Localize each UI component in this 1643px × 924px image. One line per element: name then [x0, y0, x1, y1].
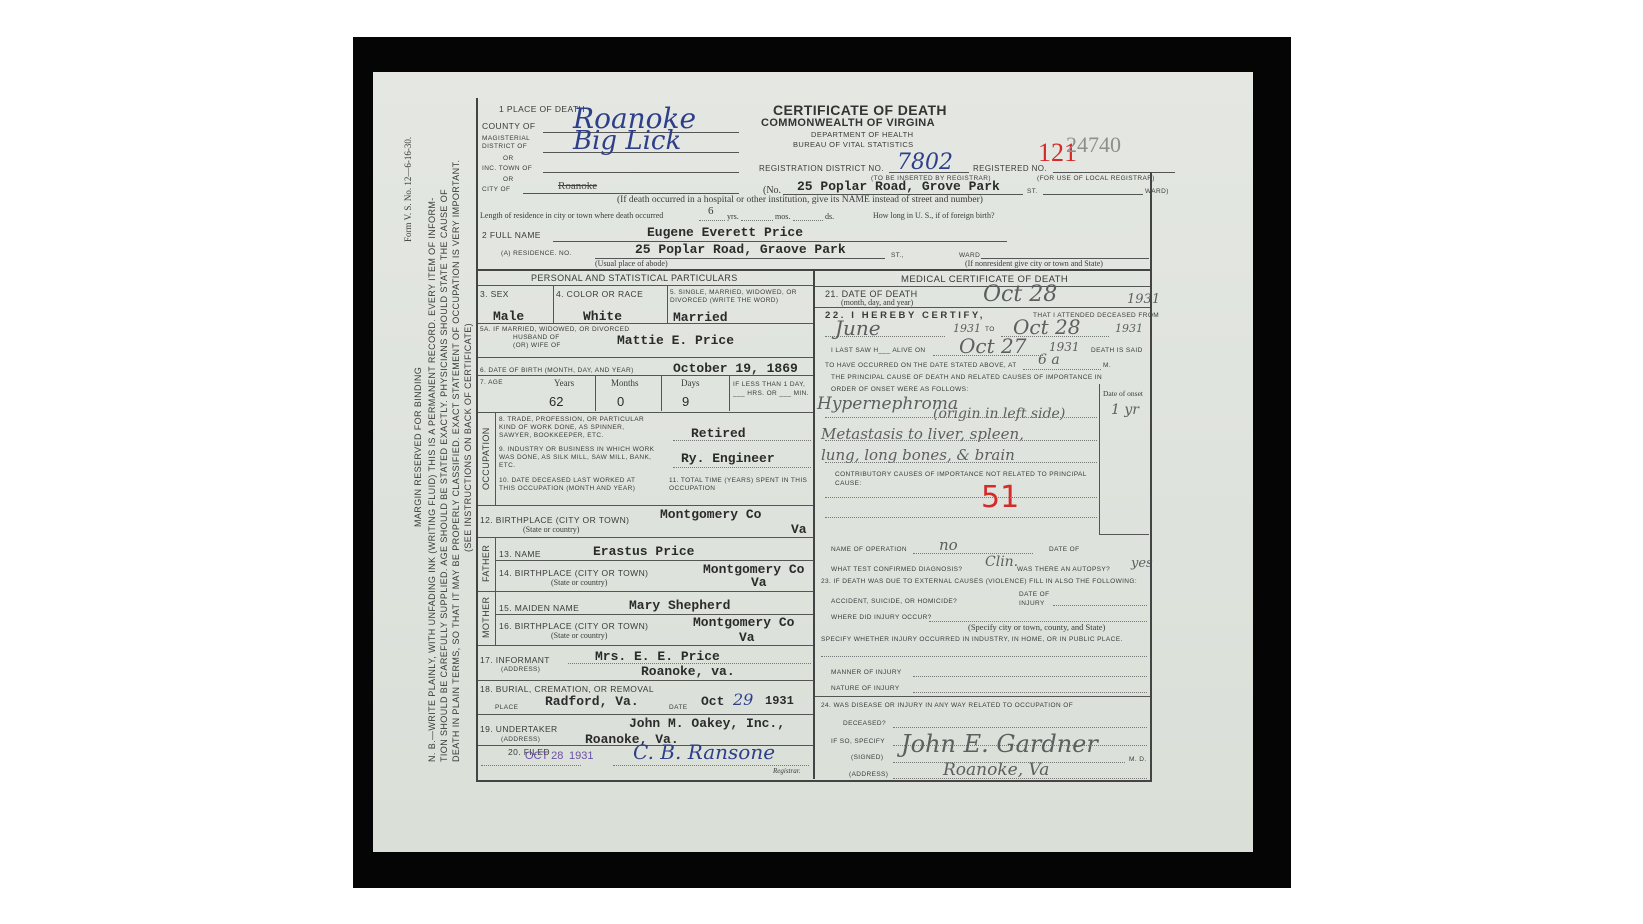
age-years-value: 62: [549, 394, 563, 409]
last-worked-label: 10. Date deceased last worked at this oc…: [499, 477, 649, 493]
burial-year-value: 1931: [765, 694, 794, 708]
burial-month-value: Oct: [701, 694, 724, 709]
attended-to-year: 1931: [1115, 322, 1143, 335]
days-label: Days: [681, 378, 700, 388]
operation-value: no: [939, 536, 958, 554]
undertaker-label: 19. Undertaker: [480, 724, 558, 734]
external-causes-label: 23. If death was due to external causes …: [821, 577, 1151, 586]
sex-value: Male: [493, 309, 524, 324]
state-country-label: (State or country): [523, 525, 579, 534]
death-street-value: 25 Poplar Road, Grove Park: [797, 179, 1000, 194]
department-label: Department of Health: [811, 130, 913, 139]
ds-label: ds.: [825, 212, 834, 221]
wife-of-label: (or) Wife of: [513, 342, 561, 349]
date-of-onset-header: Date of onset: [1103, 389, 1147, 398]
specify-place-label: Specify whether injury occurred in indus…: [821, 635, 1151, 645]
spouse-label: 5a. If married, widowed, or divorced: [480, 326, 629, 333]
usual-abode-note: (Usual place of abode): [595, 259, 668, 268]
district-label: District of: [482, 143, 527, 150]
margin-reserved-note: Margin reserved for binding: [413, 367, 423, 527]
time-suffix: M.: [1103, 362, 1111, 369]
burial-day-value: 29: [733, 690, 753, 709]
filed-stamp-date: OCT 28: [525, 750, 563, 762]
mother-name-label: 15. Maiden Name: [499, 603, 579, 613]
industry-label: 9. Industry or business in which work wa…: [499, 446, 659, 470]
mother-birthplace-value: Montgomery Co: [693, 615, 794, 630]
mother-birthplace-state: Va: [739, 630, 755, 645]
date-of-death-year: 1931: [1127, 292, 1160, 307]
certificate-title: Certificate of Death: [773, 102, 947, 118]
dob-value: October 19, 1869: [673, 361, 798, 376]
injury-date-label: Date of injury: [1019, 590, 1057, 608]
contributory-causes-label: Contributory causes of importance not re…: [835, 470, 1095, 488]
autopsy-label: Was there an autopsy?: [1017, 566, 1110, 573]
bureau-label: Bureau of Vital Statistics: [793, 140, 914, 149]
onset-value: 1 yr: [1111, 402, 1139, 418]
informant-value: Mrs. E. E. Price: [595, 649, 720, 664]
date-of-death-value: Oct 28: [983, 282, 1057, 307]
last-saw-label: I last saw h___ alive on: [831, 347, 926, 354]
cause-line-2: (origin in left side): [933, 406, 1065, 422]
where-label: Where did injury occur?: [831, 614, 932, 621]
father-birthplace-state: Va: [751, 575, 767, 590]
cause-label: The principal cause of death and related…: [831, 374, 1102, 381]
occupation-related-label: 24. Was disease or injury in any way rel…: [821, 702, 1073, 709]
instruction-line-3: death in plain terms, so that it may be …: [451, 160, 461, 762]
undertaker-address-label: (Address): [501, 736, 540, 743]
length-years-value: 6: [708, 205, 714, 217]
race-value: White: [583, 309, 622, 324]
industry-value: Ry. Engineer: [681, 451, 775, 466]
if-so-label: If so, specify: [831, 738, 885, 745]
burial-date-label: Date: [669, 704, 687, 711]
father-birthplace-label: 14. Birthplace (city or town): [499, 568, 648, 578]
nonresident-note: (If nonresident give city or town and St…: [965, 259, 1103, 268]
operation-label: Name of operation: [831, 546, 907, 553]
registered-no-label: Registered No.: [973, 164, 1047, 173]
signed-label: (Signed): [851, 754, 883, 761]
length-of-residence-label: Length of residence in city or town wher…: [480, 211, 663, 220]
md-label: M. D.: [1129, 756, 1147, 763]
spouse-value: Mattie E. Price: [617, 333, 734, 348]
test-value: Clin.: [985, 554, 1018, 570]
state-country-label: (State or country): [551, 578, 607, 587]
mos-label: mos.: [775, 212, 790, 221]
commonwealth-title: Commonwealth of Virgina: [761, 117, 935, 129]
where-note: (Specify city or town, county, and State…: [968, 622, 1105, 632]
burial-label: 18. Burial, Cremation, or Removal: [480, 684, 654, 694]
foreign-birth-label: How long in U. S., if of foreign birth?: [873, 211, 995, 220]
state-country-label: (State or country): [551, 631, 607, 640]
hospital-note: (If death occurred in a hospital or othe…: [617, 195, 983, 205]
informant-address-value: Roanoke, va.: [641, 664, 735, 679]
years-label: Years: [554, 378, 574, 388]
yrs-label: yrs.: [727, 212, 739, 221]
center-divider: [813, 269, 815, 779]
filed-stamp-year: 1931: [569, 750, 593, 762]
registrar-signature: C. B. Ransone: [633, 740, 775, 764]
mother-side-label: Mother: [481, 597, 491, 638]
order-of-onset-label: order of onset were as follows:: [831, 386, 969, 393]
father-name-label: 13. Name: [499, 549, 541, 559]
or-label: or: [503, 155, 514, 162]
occurred-label: to have occurred on the date stated abov…: [825, 362, 1017, 369]
mother-name-value: Mary Shepherd: [629, 598, 730, 613]
date-sub-label: (month, day, and year): [841, 298, 913, 307]
residence-st-label: St.,: [891, 252, 904, 259]
age-months-value: 0: [617, 394, 624, 409]
instruction-line-2: tion should be carefully supplied. Age s…: [439, 189, 449, 762]
registrar-label: Registrar.: [773, 767, 800, 775]
residence-label: (A) Residence. No.: [501, 250, 572, 257]
to-label: To: [985, 326, 995, 333]
undertaker-value: John M. Oakey, Inc.,: [629, 716, 785, 731]
trade-value: Retired: [691, 426, 746, 441]
local-registrar-note: (For use of local registrar): [1037, 175, 1155, 182]
father-side-label: Father: [481, 545, 491, 582]
ward-label: Ward): [1145, 188, 1169, 195]
instruction-line-1: N. B.—Write plainly, with unfading ink (…: [427, 197, 437, 762]
residence-value: 25 Poplar Road, Graove Park: [635, 242, 846, 257]
less-than-day-label: If less than 1 day, ___ hrs. or ___ min.: [733, 380, 811, 398]
form-right-border: [1150, 172, 1152, 782]
burial-place-value: Radford, Va.: [545, 694, 639, 709]
death-said-label: Death is said: [1091, 347, 1143, 354]
race-label: 4. Color or Race: [556, 289, 643, 299]
nature-label: Nature of injury: [831, 685, 900, 692]
registration-district-label: Registration District No.: [759, 164, 884, 173]
birthplace-label: 12. Birthplace (city or town): [480, 515, 629, 525]
sex-label: 3. Sex: [480, 289, 509, 299]
time-of-death-value: 6 a: [1038, 352, 1060, 368]
full-name-value: Eugene Everett Price: [647, 225, 803, 240]
manner-label: Manner of injury: [831, 669, 902, 676]
occupation-side-label: Occupation: [481, 427, 491, 490]
physician-signature: John E. Gardner: [901, 730, 1098, 758]
physician-address-label: (Address): [849, 771, 888, 778]
marital-label: 5. Single, Married, Widowed, or Divorced…: [670, 289, 810, 305]
death-certificate: Form V. S. No. 12—6-16-30. Margin reserv…: [373, 72, 1253, 852]
informant-address-label: (Address): [501, 666, 540, 673]
city-label: City of: [482, 186, 510, 193]
age-label: 7. Age: [480, 379, 503, 386]
birthplace-value: Montgomery Co: [660, 507, 761, 522]
st-label: St.: [1027, 188, 1038, 195]
informant-label: 17. Informant: [480, 655, 550, 665]
gray-stamp-number: 24740: [1066, 132, 1121, 158]
accident-label: Accident, suicide, or homicide?: [831, 598, 957, 605]
burial-place-label: Place: [495, 704, 518, 711]
total-time-label: 11. Total time (years) spent in this occ…: [669, 477, 809, 493]
magisterial-label: Magisterial: [482, 135, 530, 142]
deceased-label: deceased?: [843, 720, 886, 727]
residence-ward-label: Ward: [959, 252, 980, 259]
full-name-label: 2 Full Name: [482, 230, 541, 240]
months-label: Months: [611, 378, 639, 388]
test-label: What test confirmed diagnosis?: [831, 566, 962, 573]
age-days-value: 9: [682, 394, 689, 409]
dob-label: 6. Date of birth (month, day, and year): [480, 367, 634, 374]
husband-of-label: Husband of: [513, 334, 560, 341]
registration-district-value: 7802: [897, 150, 953, 175]
operation-date-label: Date of: [1049, 546, 1080, 553]
form-number: Form V. S. No. 12—6-16-30.: [403, 137, 413, 242]
trade-label: 8. Trade, profession, or particular kind…: [499, 416, 659, 440]
or-label: or: [503, 176, 514, 183]
mother-birthplace-label: 16. Birthplace (city or town): [499, 621, 648, 631]
physician-address-value: Roanoke, Va: [943, 760, 1049, 780]
district-value: Big Lick: [573, 126, 681, 156]
personal-section-title: Personal and Statistical Particulars: [531, 273, 738, 283]
instruction-line-4: (See instructions on back of certificate…: [463, 323, 473, 552]
father-name-value: Erastus Price: [593, 544, 694, 559]
birthplace-state-value: Va: [791, 522, 807, 537]
town-label: Inc. Town of: [482, 165, 532, 172]
county-label: County of: [482, 121, 536, 131]
city-value: Roanoke: [558, 180, 597, 192]
